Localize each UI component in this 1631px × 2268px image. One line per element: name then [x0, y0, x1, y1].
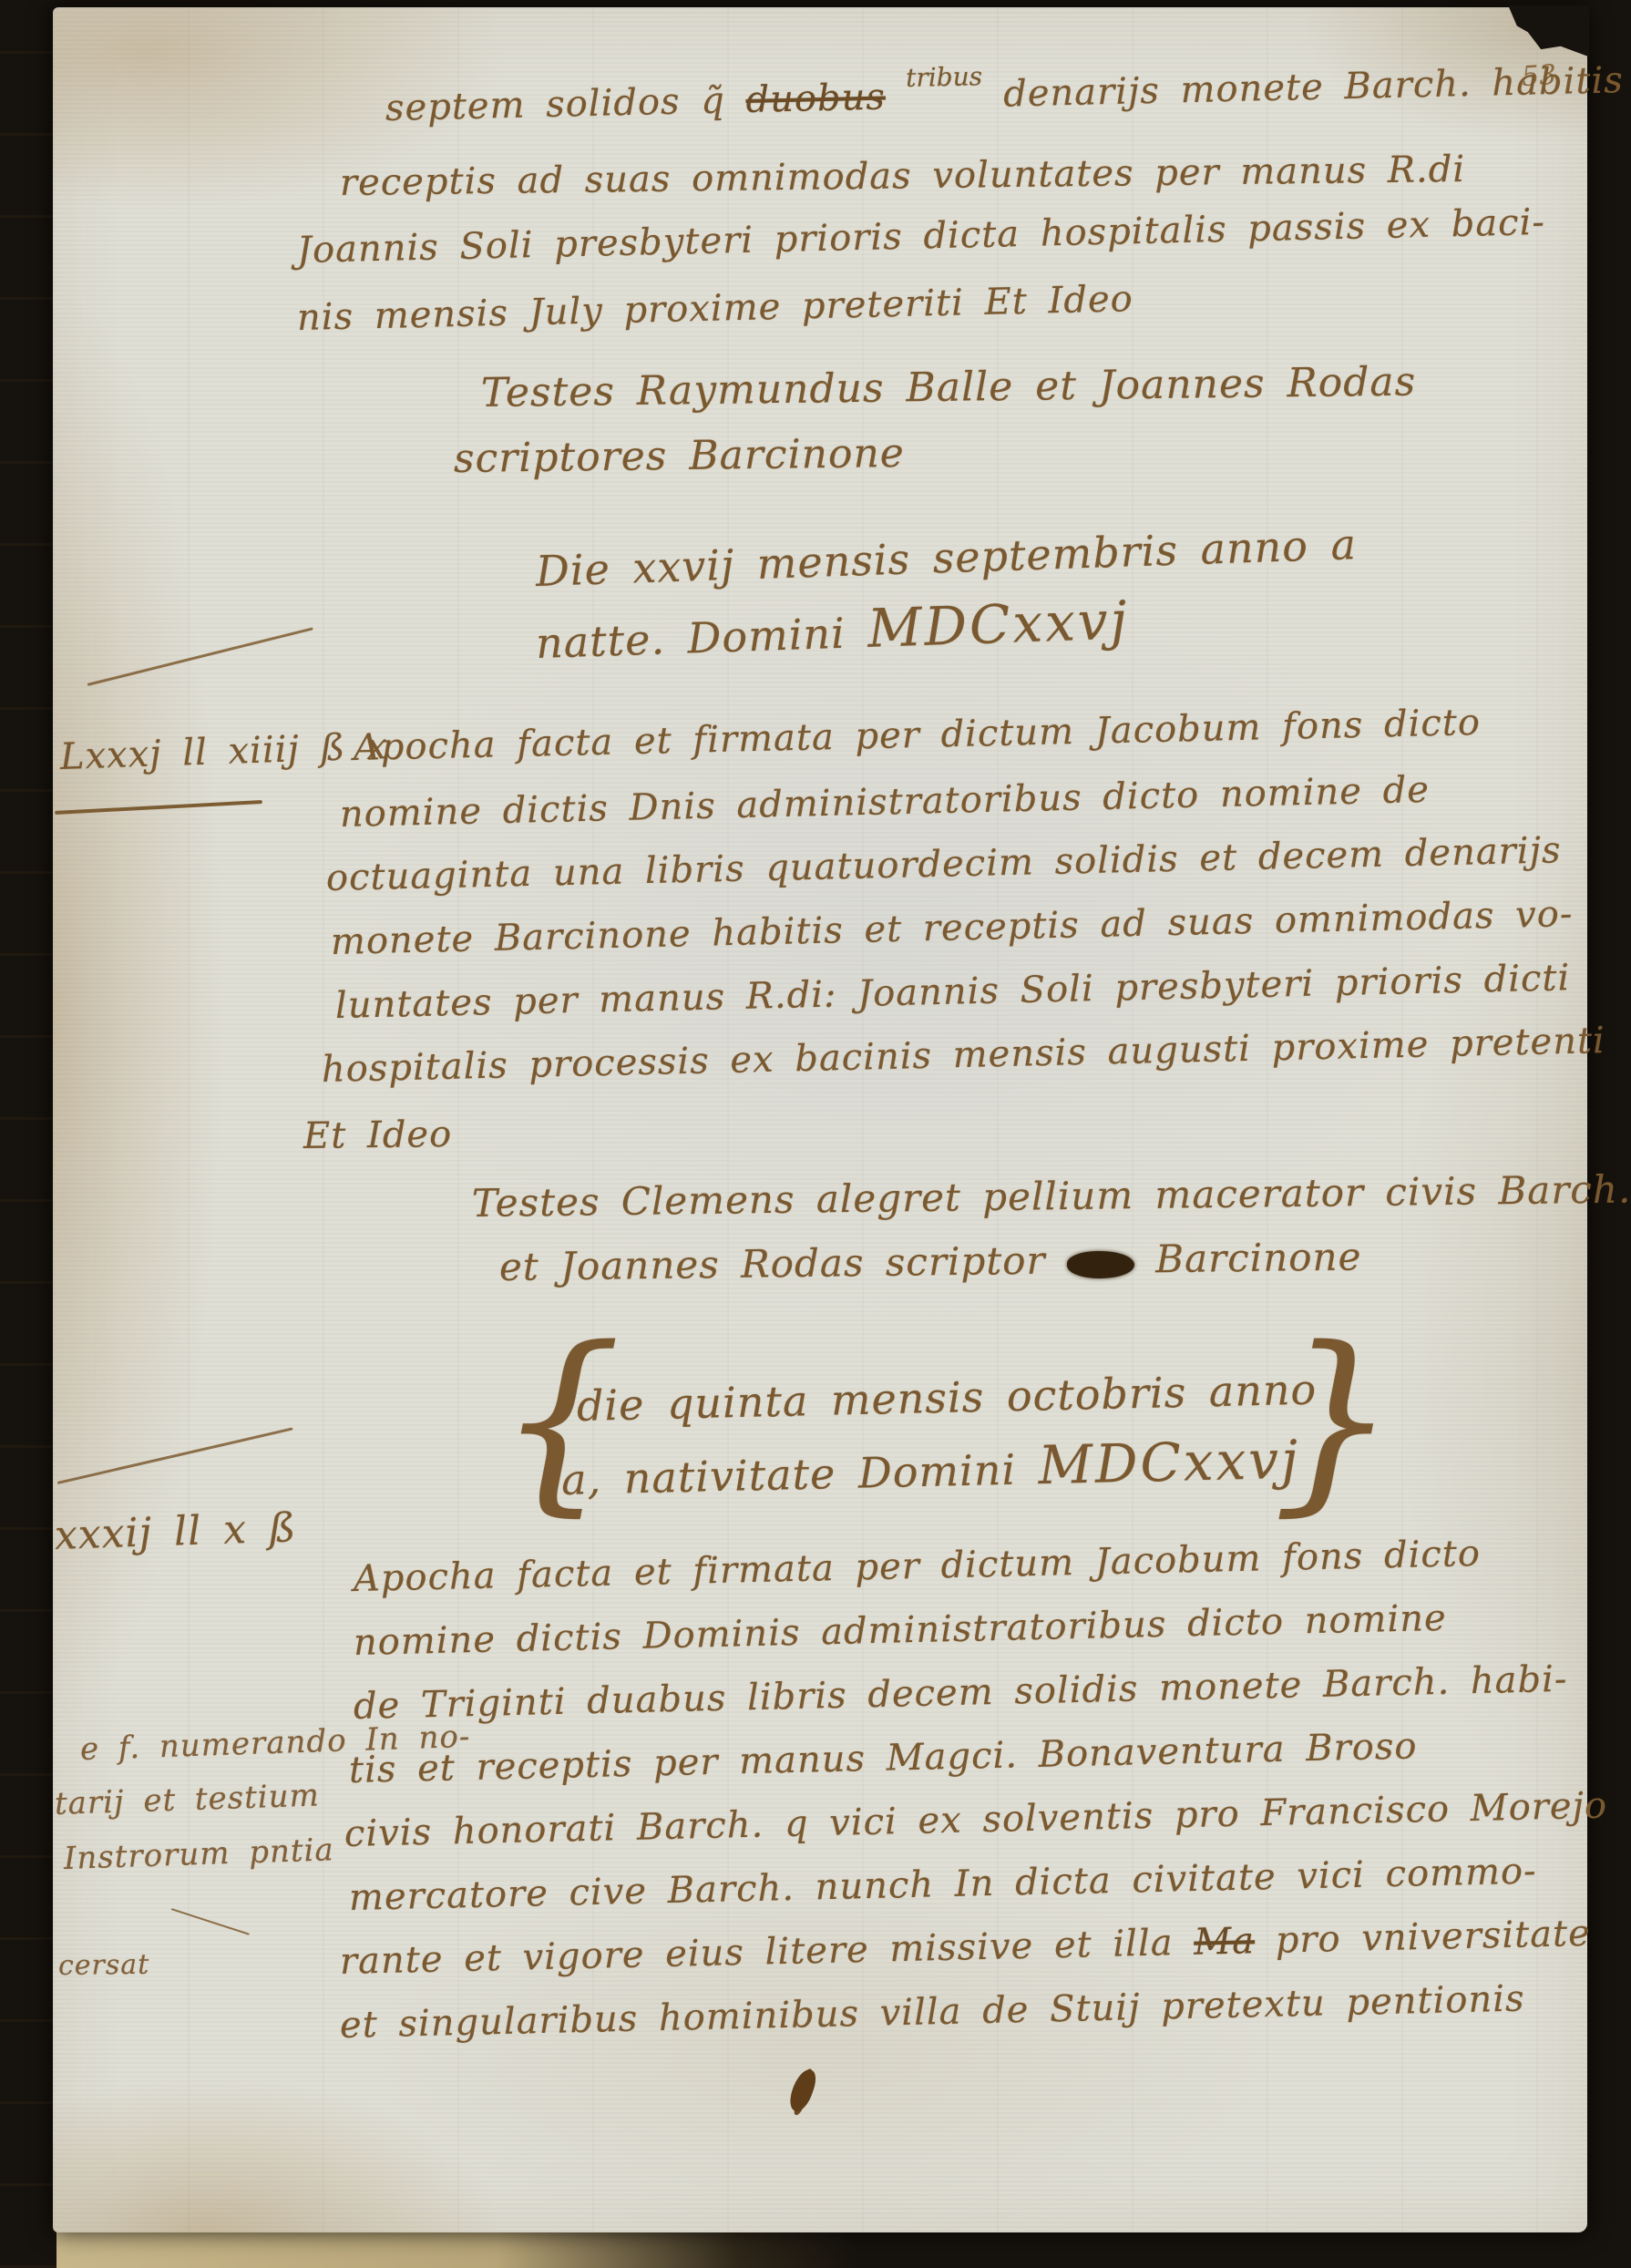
margin-note-line: Instrorum pntia: [63, 1832, 334, 1877]
text-line: civis honorati Barch. q vici ex solventi…: [344, 1785, 1607, 1855]
margin-underline: [55, 800, 262, 815]
witness-line: scriptores Barcinone: [454, 430, 905, 482]
text-line: receptis ad suas omnimodas voluntates pe…: [340, 149, 1466, 204]
date-heading: natte. Domini MDCxxvj: [535, 589, 1131, 671]
text-segment: septem solidos q̃: [385, 80, 725, 129]
text-line: nomine dictis Dnis administratoribus dic…: [339, 769, 1430, 836]
text-line: monete Barcinone habitis et receptis ad …: [330, 893, 1573, 963]
inserted-word: tribus: [906, 61, 983, 93]
manuscript-photo: { "page": { "number": "53" }, "ink_color…: [0, 0, 1631, 2268]
witness-line: et Joannes Rodas scriptor Barcinone: [499, 1234, 1362, 1289]
text-line: Apocha facta et firmata per dictum Jacob…: [353, 1533, 1481, 1600]
text-line: tis et receptis per manus Magci. Bonaven…: [348, 1725, 1417, 1791]
text-line: Et Ideo: [303, 1113, 453, 1157]
witness-line: Testes Clemens alegret pellium macerator…: [472, 1166, 1631, 1226]
text-line: hospitalis processis ex bacinis mensis a…: [321, 1020, 1605, 1091]
margin-amount: xxxij ll x ß: [54, 1504, 297, 1559]
text-line: nomine dictis Dominis administratoribus …: [353, 1597, 1447, 1664]
text-line: mercatore cive Barch. nunch In dicta civ…: [348, 1850, 1537, 1919]
year-numeral: MDCxxvj: [1038, 1429, 1301, 1497]
text-line: et singularibus hominibus villa de Stuij…: [339, 1977, 1525, 2047]
ink-blot-over-word: [1067, 1250, 1134, 1278]
text-line: octuaginta una libris quatuordecim solid…: [325, 829, 1561, 899]
underlying-page-edges: [56, 2229, 858, 2268]
margin-amount: Lxxxj ll xiiij ß x: [59, 725, 388, 778]
text-segment: a, nativitate Domini: [560, 1445, 1016, 1504]
margin-note-flourish: [171, 1908, 250, 1935]
struck-word: Ma: [1194, 1920, 1256, 1964]
manuscript-page: 53 septem solidos q̃ duobus tribus denar…: [53, 7, 1587, 2232]
year-numeral: MDCxxvj: [867, 589, 1131, 659]
text-line: Apocha facta et firmata per dictum Jacob…: [353, 702, 1481, 769]
text-line: luntates per manus R.di: Joannis Soli pr…: [334, 957, 1570, 1027]
date-heading: Die xxvij mensis septembris anno a: [535, 519, 1358, 596]
text-line: septem solidos q̃ duobus tribus denarijs…: [385, 58, 1631, 129]
text-segment: Barcinone: [1155, 1234, 1362, 1281]
margin-note-line: tarij et testium: [54, 1777, 320, 1822]
ink-blot: [786, 2067, 819, 2114]
text-line: nis mensis July proxime preteriti Et Ide…: [296, 278, 1133, 339]
text-line: Joannis Soli presbyteri prioris dicta ho…: [296, 201, 1545, 272]
margin-flourish-stroke: [57, 1427, 293, 1484]
text-line: de Triginti duabus libris decem solidis …: [353, 1658, 1567, 1728]
text-segment: natte. Domini: [535, 609, 846, 668]
margin-note-line: cersat: [58, 1949, 150, 1982]
struck-word: duobus: [745, 77, 886, 121]
book-binding-page-edges: [0, 0, 56, 2268]
witness-line: Testes Raymundus Balle et Joannes Rodas: [481, 358, 1417, 416]
margin-flourish-stroke: [87, 627, 313, 686]
text-line: rante et vigore eius litere missive et i…: [339, 1913, 1591, 1983]
date-heading: a, nativitate Domini MDCxxvj: [560, 1429, 1301, 1507]
text-segment: denarijs monete Barch. habitis et: [1003, 58, 1631, 116]
date-heading: die quinta mensis octobris anno: [576, 1365, 1317, 1431]
text-segment: rante et vigore eius litere missive et i…: [339, 1922, 1174, 1983]
text-segment: pro vniversitate: [1275, 1913, 1591, 1962]
text-segment: et Joannes Rodas scriptor: [499, 1238, 1046, 1289]
